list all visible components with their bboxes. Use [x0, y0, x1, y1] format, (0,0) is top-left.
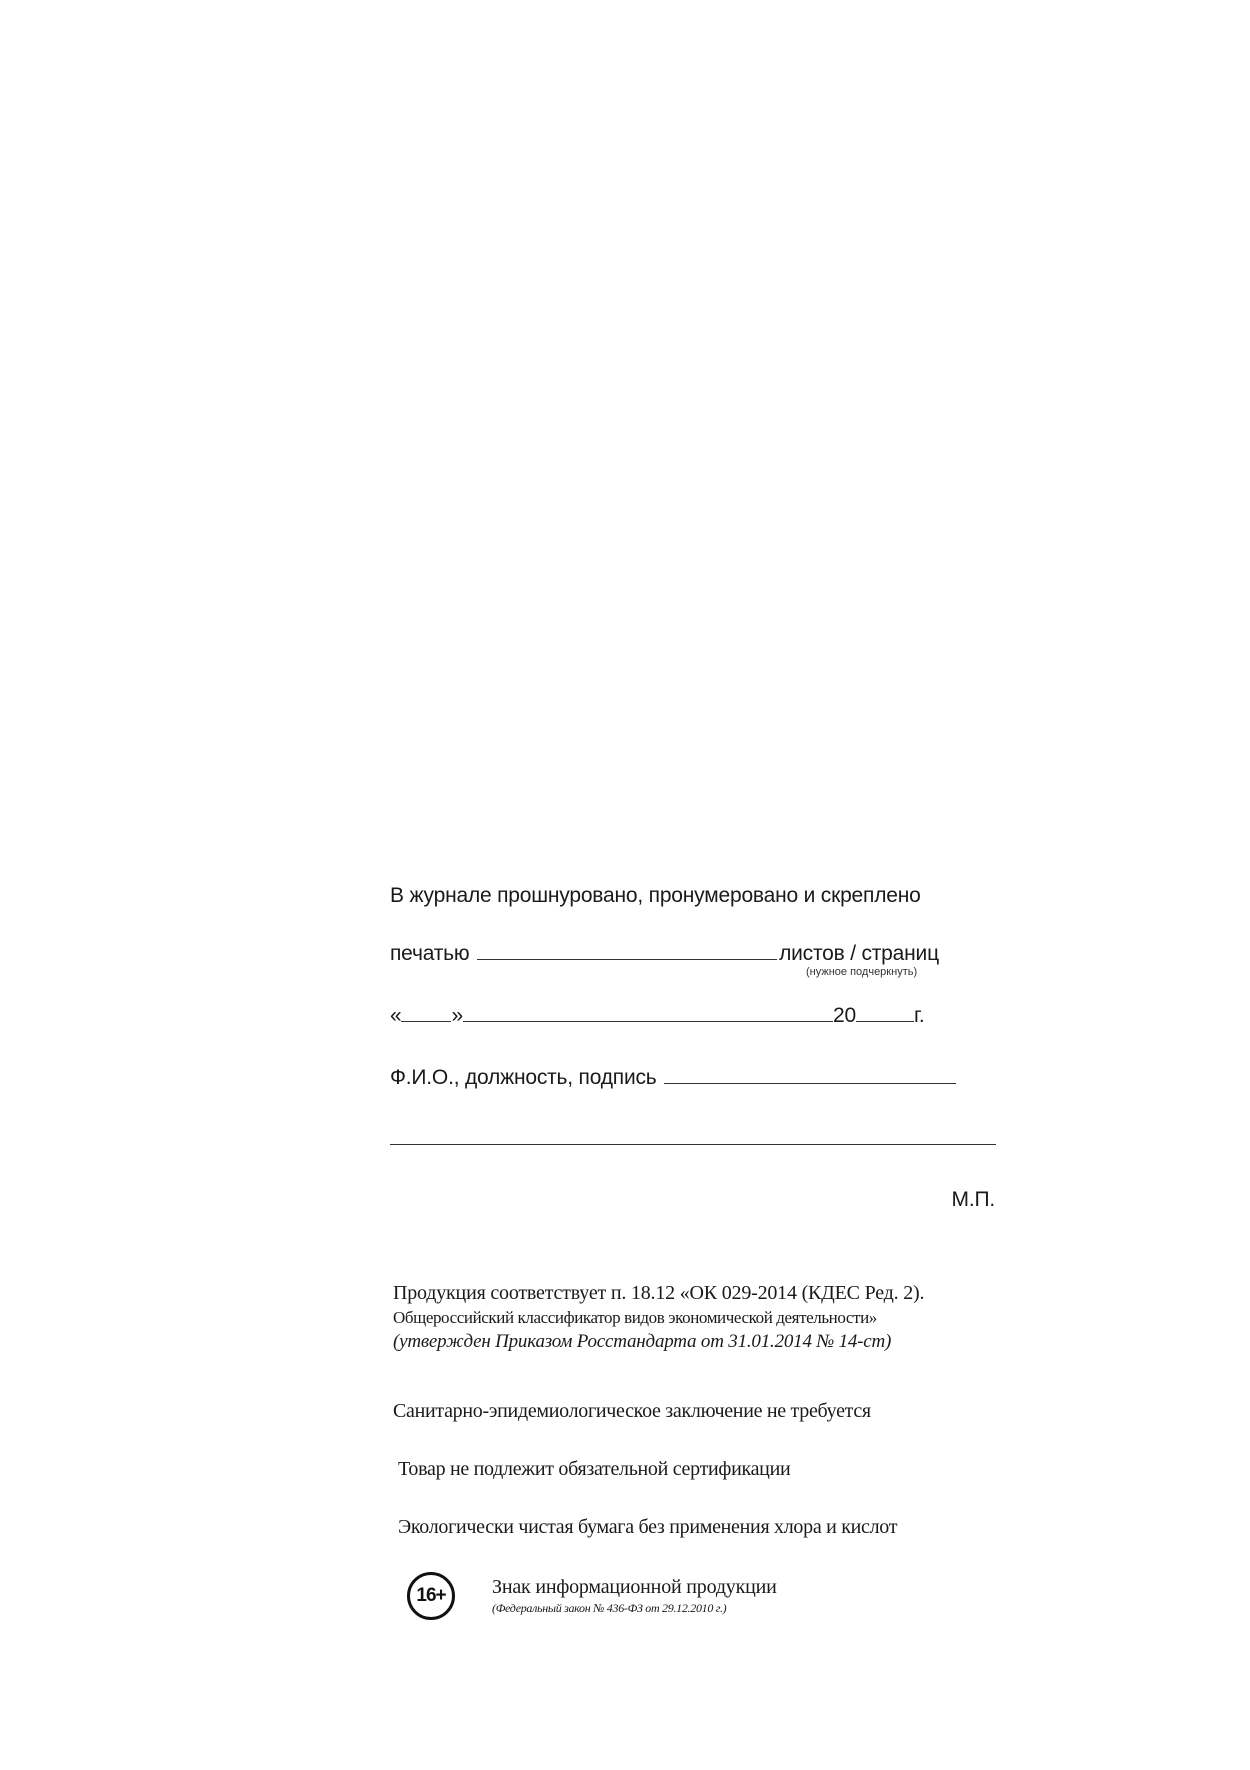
sheets-count-field[interactable]: [477, 958, 777, 960]
signature-continuation-field[interactable]: [390, 1144, 996, 1145]
year-suffix: г.: [914, 1004, 925, 1027]
product-compliance-line2: Общероссийский классификатор видов эконо…: [393, 1308, 877, 1328]
product-compliance-line1: Продукция соответствует п. 18.12 «ОК 029…: [393, 1282, 924, 1305]
binding-statement-text: В журнале прошнуровано, пронумеровано и …: [390, 884, 921, 907]
date-open-quote: «: [390, 1004, 401, 1027]
certification-statement: Товар не подлежит обязательной сертифика…: [398, 1458, 790, 1481]
product-compliance-line3: (утвержден Приказом Росстандарта от 31.0…: [393, 1331, 891, 1353]
ecology-statement: Экологически чистая бумага без применени…: [398, 1516, 897, 1539]
sheets-pages-label: листов / страниц: [779, 942, 939, 965]
day-field[interactable]: [401, 1020, 451, 1022]
date-close-quote: »: [451, 1004, 462, 1027]
age-rating-law-reference: (Федеральный закон № 436-ФЗ от 29.12.201…: [492, 1601, 726, 1616]
signature-field[interactable]: [664, 1082, 956, 1084]
sheets-count-row: печатью листов / страниц: [390, 942, 939, 966]
month-field[interactable]: [463, 1020, 833, 1022]
age-rating-badge-text: 16+: [416, 1585, 445, 1607]
sanitary-statement: Санитарно-эпидемиологическое заключение …: [393, 1400, 871, 1423]
signature-label: Ф.И.О., должность, подпись: [390, 1066, 657, 1089]
seal-label: печатью: [390, 942, 469, 965]
signature-row: Ф.И.О., должность, подпись: [390, 1066, 958, 1090]
year-field[interactable]: [856, 1020, 914, 1022]
age-rating-16-plus-icon: 16+: [407, 1572, 455, 1620]
year-prefix: 20: [833, 1004, 856, 1027]
binding-statement: В журнале прошнуровано, пронумеровано и …: [390, 884, 921, 908]
age-rating-title: Знак информационной продукции: [492, 1576, 777, 1599]
date-row: «»20г.: [390, 1004, 924, 1028]
underline-note: (нужное подчеркнуть): [806, 966, 917, 978]
stamp-label: М.П.: [952, 1188, 995, 1212]
